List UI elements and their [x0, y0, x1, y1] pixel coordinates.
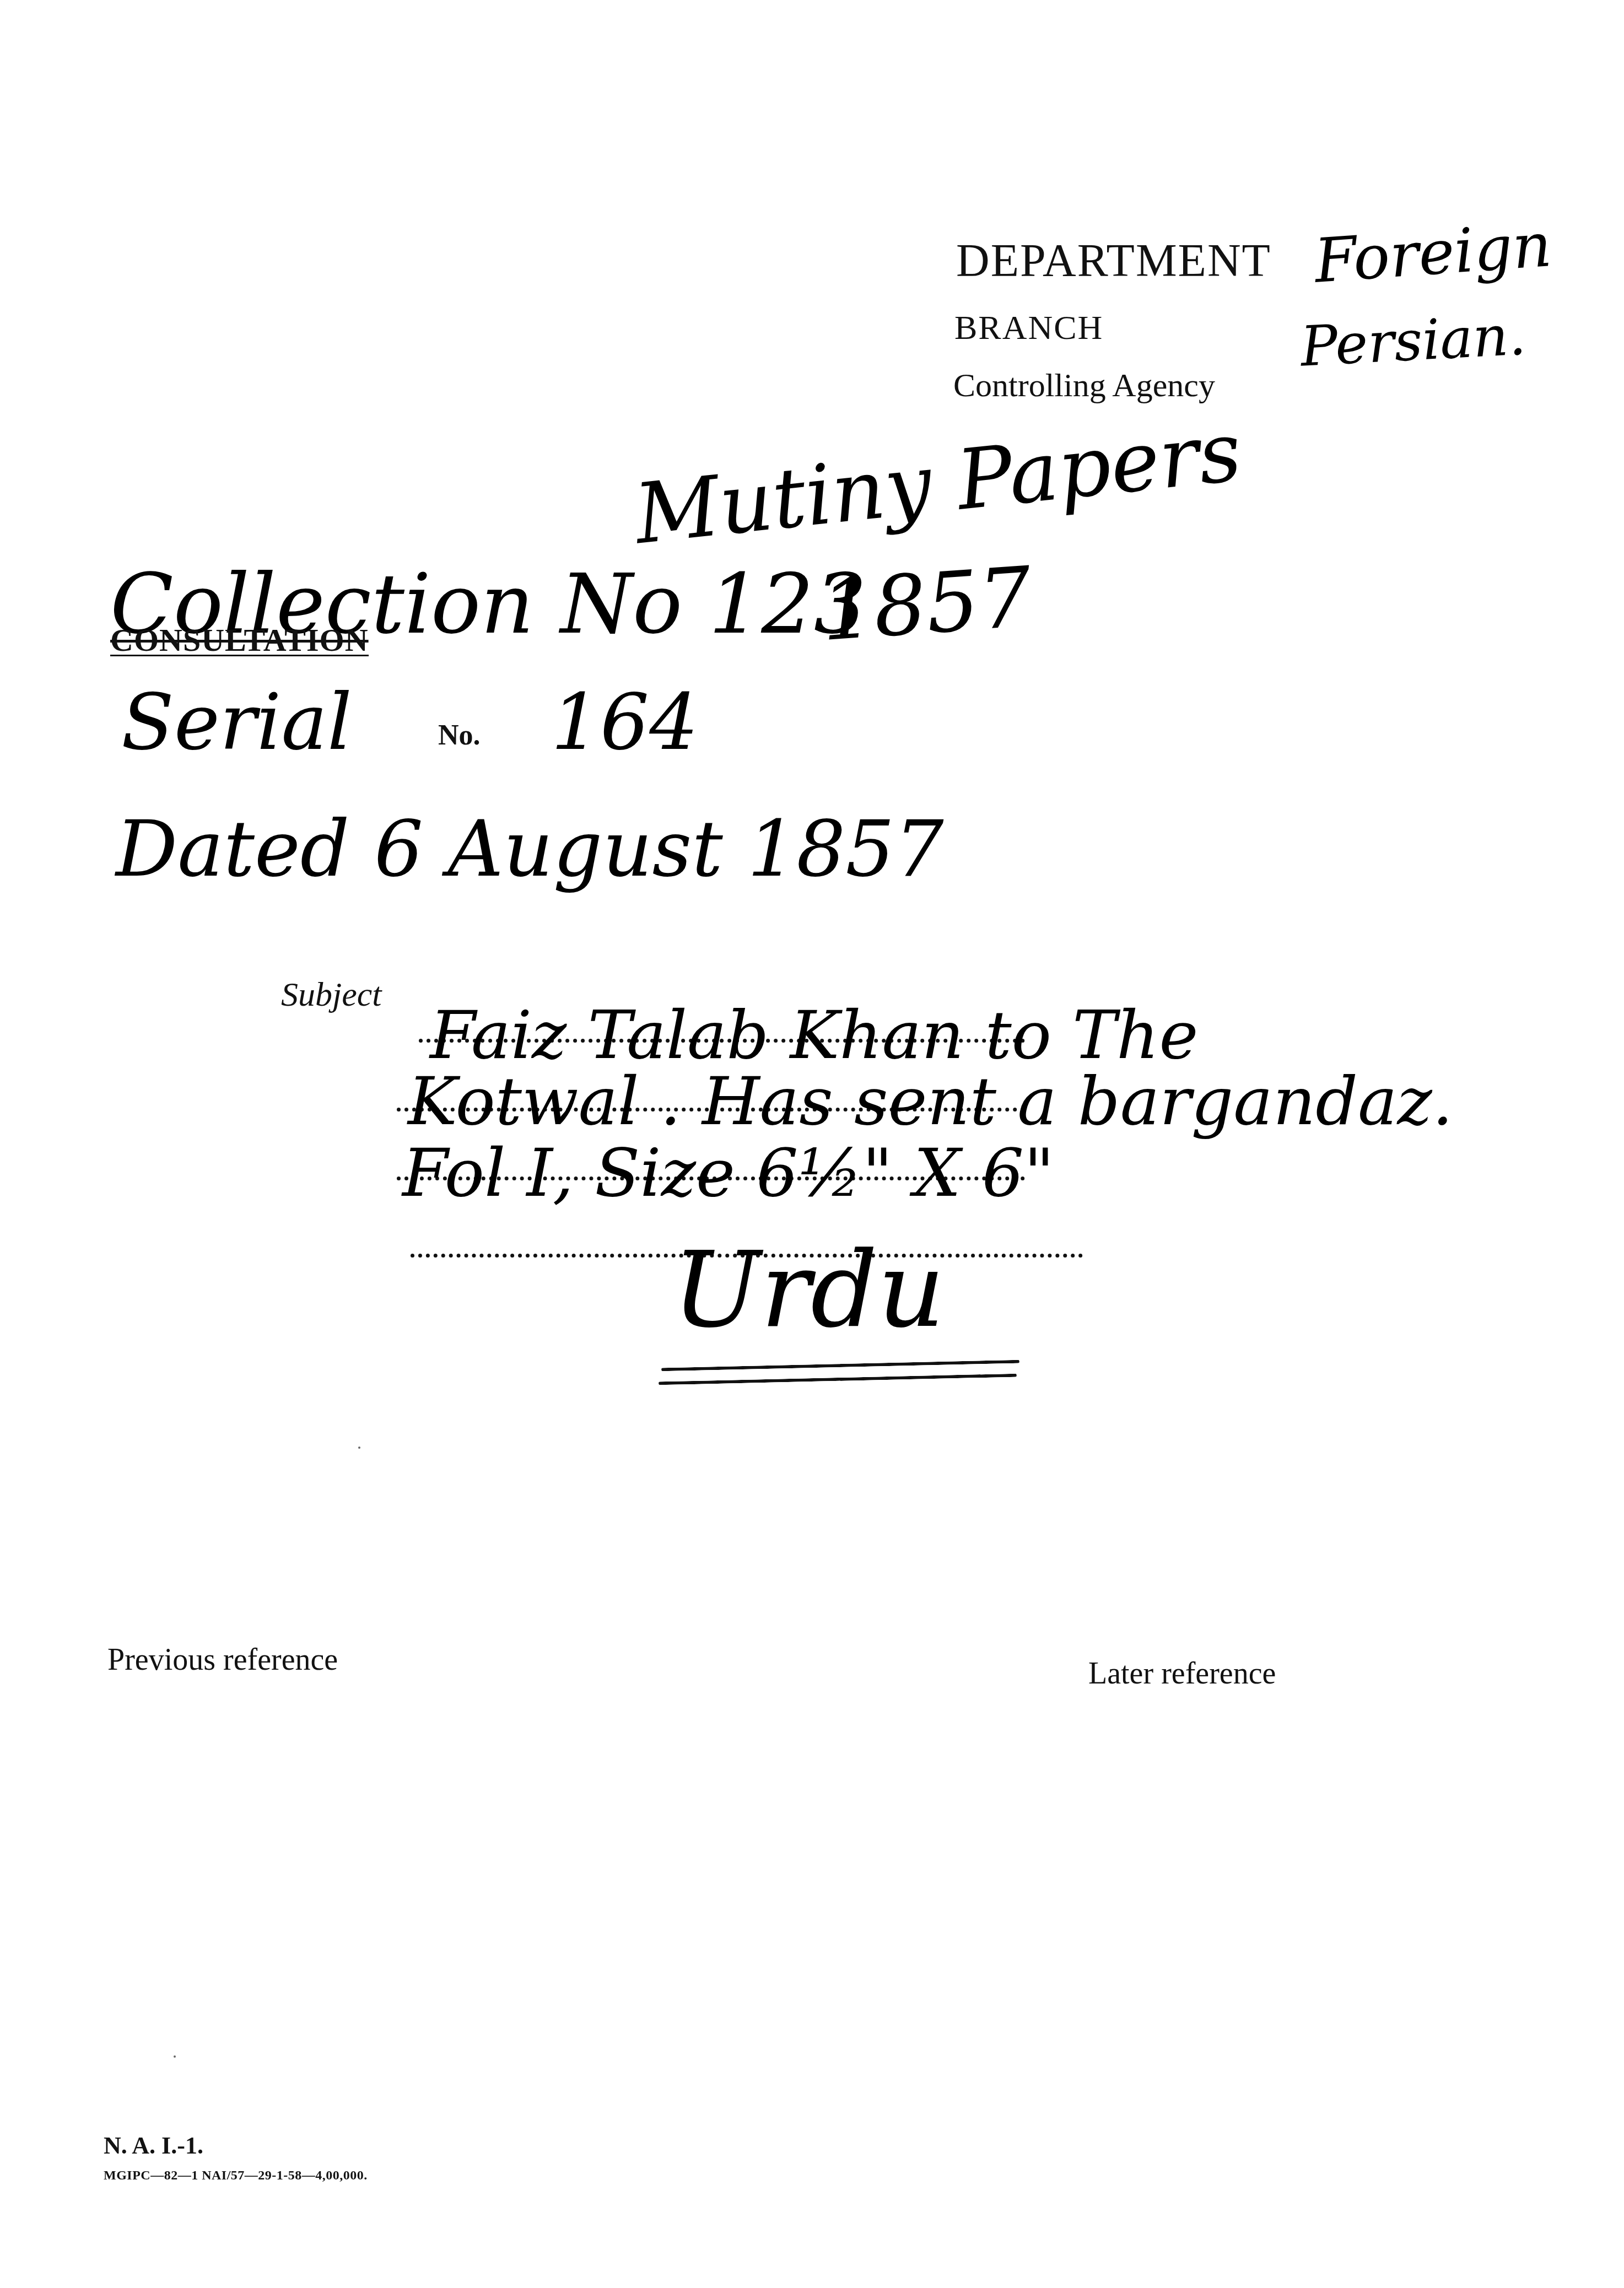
- subject-line-1: Faiz Talab Khan to The: [430, 997, 1198, 1074]
- language-underline: [661, 1360, 1019, 1372]
- form-number: N. A. I.-1.: [104, 2131, 203, 2160]
- subject-label: Subject: [281, 975, 382, 1015]
- language-note: Urdu: [672, 1229, 945, 1351]
- scan-speck: [174, 2055, 176, 2058]
- branch-value: Persian.: [1299, 303, 1527, 379]
- dated-line: Dated 6 August 1857: [116, 805, 943, 894]
- subject-line-3: Fol I, Size 6½" X 6": [402, 1135, 1054, 1212]
- print-code: MGIPC—82—1 NAI/57—29-1-58—4,00,000.: [104, 2168, 368, 2183]
- serial-no-label: No.: [438, 719, 481, 752]
- later-reference-label: Later reference: [1088, 1656, 1276, 1691]
- consultation-struck-label: CONSULTATION: [110, 622, 369, 659]
- branch-label: BRANCH: [954, 309, 1103, 348]
- collection-year: 1857: [818, 549, 1034, 660]
- collection-title: Mutiny Papers: [630, 404, 1246, 563]
- language-double-underline: [659, 1374, 1017, 1385]
- scan-speck: [358, 1447, 360, 1449]
- department-label: DEPARTMENT: [956, 234, 1271, 288]
- subject-line-2: Kotwal . Has sent a bargandaz.: [408, 1064, 1453, 1140]
- previous-reference-label: Previous reference: [107, 1642, 338, 1677]
- controlling-agency-label: Controlling Agency: [953, 366, 1215, 404]
- department-value: Foreign: [1312, 209, 1554, 296]
- serial-handwritten-label: Serial: [121, 678, 352, 768]
- serial-number: 164: [551, 678, 698, 768]
